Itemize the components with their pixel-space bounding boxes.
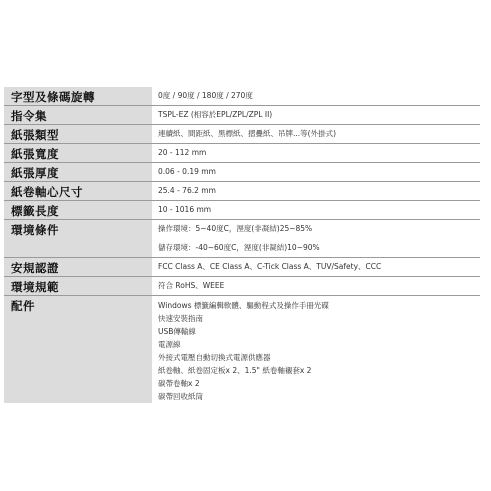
spec-value-line: 儲存環境：-40~60度C，溼度(非凝結)10~90% [158, 239, 480, 258]
spec-value-line: 0.06 - 0.19 mm [158, 163, 480, 181]
spec-row-accessories: 配件 Windows 標籤編輯軟體、驅動程式及操作手冊光碟 快速安裝指南 USB… [4, 296, 480, 404]
spec-value-line: TSPL-EZ (相容於EPL/ZPL/ZPL II) [158, 106, 480, 124]
spec-label: 紙張類型 [4, 125, 152, 144]
spec-value-line: 連續紙、間距紙、黑標紙、摺疊紙、吊牌...等(外掛式) [158, 125, 480, 143]
spec-label: 標籤長度 [4, 201, 152, 220]
spec-label: 指令集 [4, 106, 152, 125]
spec-row-font-rotation: 字型及條碼旋轉 0度 / 90度 / 180度 / 270度 [4, 87, 480, 106]
accessory-item: USB傳輸線 [158, 325, 480, 338]
spec-label: 安規認證 [4, 258, 152, 277]
spec-value-line: 25.4 - 76.2 mm [158, 182, 480, 200]
spec-label: 紙張厚度 [4, 163, 152, 182]
spec-row-media-width: 紙張寬度 20 - 112 mm [4, 144, 480, 163]
spec-value-line: 操作環境：5~40度C，溼度(非凝結)25~85% [158, 220, 480, 239]
accessory-item: 紙卷軸、紙卷固定板x 2、1.5" 紙卷軸襯套x 2 [158, 364, 480, 377]
accessory-item: 外接式電壓自動切換式電源供應器 [158, 351, 480, 364]
spec-label: 紙張寬度 [4, 144, 152, 163]
spec-row-media-thickness: 紙張厚度 0.06 - 0.19 mm [4, 163, 480, 182]
spec-value: TSPL-EZ (相容於EPL/ZPL/ZPL II) [152, 106, 480, 125]
spec-row-core-size: 紙卷軸心尺寸 25.4 - 76.2 mm [4, 182, 480, 201]
spec-value: 符合 RoHS、WEEE [152, 277, 480, 296]
spec-row-command-set: 指令集 TSPL-EZ (相容於EPL/ZPL/ZPL II) [4, 106, 480, 125]
spec-value: 連續紙、間距紙、黑標紙、摺疊紙、吊牌...等(外掛式) [152, 125, 480, 144]
accessory-item: Windows 標籤編輯軟體、驅動程式及操作手冊光碟 [158, 299, 480, 312]
spec-value-line: 20 - 112 mm [158, 144, 480, 162]
spec-value: 25.4 - 76.2 mm [152, 182, 480, 201]
spec-table: 字型及條碼旋轉 0度 / 90度 / 180度 / 270度 指令集 TSPL-… [4, 87, 480, 403]
spec-row-media-type: 紙張類型 連續紙、間距紙、黑標紙、摺疊紙、吊牌...等(外掛式) [4, 125, 480, 144]
spec-value: Windows 標籤編輯軟體、驅動程式及操作手冊光碟 快速安裝指南 USB傳輸線… [152, 296, 480, 404]
spec-value: 操作環境：5~40度C，溼度(非凝結)25~85% 儲存環境：-40~60度C，… [152, 220, 480, 258]
spec-value-line: 10 - 1016 mm [158, 201, 480, 219]
accessory-item: 電源線 [158, 338, 480, 351]
accessory-item: 快速安裝指南 [158, 312, 480, 325]
spec-value: 10 - 1016 mm [152, 201, 480, 220]
spec-label: 環境規範 [4, 277, 152, 296]
spec-label: 環境條件 [4, 220, 152, 258]
spec-label: 字型及條碼旋轉 [4, 87, 152, 106]
spec-row-environmental-compliance: 環境規範 符合 RoHS、WEEE [4, 277, 480, 296]
spec-value-line: FCC Class A、CE Class A、C-Tick Class A、TU… [158, 258, 480, 276]
spec-value: 0.06 - 0.19 mm [152, 163, 480, 182]
spec-value: 20 - 112 mm [152, 144, 480, 163]
accessory-item: 碳帶卷軸x 2 [158, 377, 480, 390]
spec-value-line: 符合 RoHS、WEEE [158, 277, 480, 295]
spec-row-certification: 安規認證 FCC Class A、CE Class A、C-Tick Class… [4, 258, 480, 277]
spec-row-label-length: 標籤長度 10 - 1016 mm [4, 201, 480, 220]
spec-label: 紙卷軸心尺寸 [4, 182, 152, 201]
spec-label: 配件 [4, 296, 152, 404]
spec-value-line: 0度 / 90度 / 180度 / 270度 [158, 87, 480, 105]
spec-row-environment: 環境條件 操作環境：5~40度C，溼度(非凝結)25~85% 儲存環境：-40~… [4, 220, 480, 258]
spec-value: 0度 / 90度 / 180度 / 270度 [152, 87, 480, 106]
spec-value: FCC Class A、CE Class A、C-Tick Class A、TU… [152, 258, 480, 277]
accessory-item: 碳帶回收紙筒 [158, 390, 480, 403]
